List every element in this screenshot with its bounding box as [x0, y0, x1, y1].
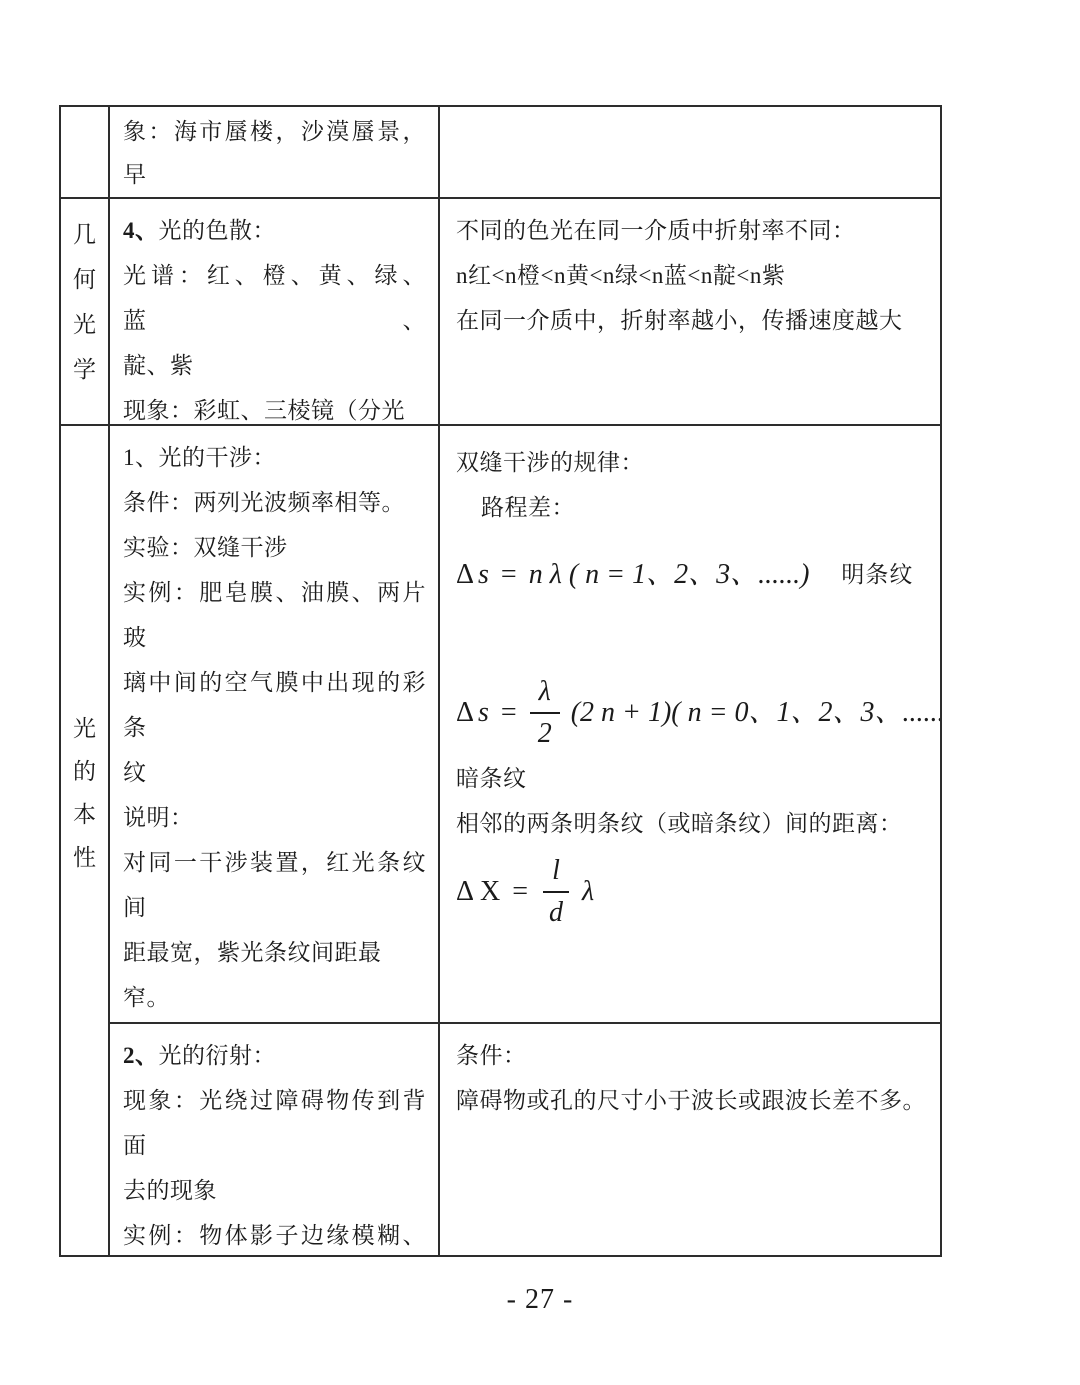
dispersion-cell: 4、光的色散： 光谱：红、橙、黄、绿、蓝、 靛、紫 现象：彩虹、三棱镜（分光镜） — [110, 199, 440, 426]
variable-s: s — [478, 696, 489, 730]
fraction-lambda-over-2: λ2 — [529, 675, 561, 750]
vertical-char: 的 — [73, 750, 96, 793]
item-heading: 2、光的衍射： — [123, 1033, 426, 1078]
vertical-char: 何 — [73, 257, 96, 302]
text-line: 纹 — [123, 750, 426, 795]
empty-right-cell — [440, 107, 940, 199]
vertical-char: 光 — [73, 302, 96, 347]
fraction-numerator: l — [543, 854, 569, 893]
text-line: 象：海市蜃楼，沙漠蜃景，早 — [123, 110, 426, 196]
text-line: 不同的色光在同一介质中折射率不同： — [456, 208, 926, 253]
formula-rhs: (2 n + 1)( n = 0、1、2、3、......) — [571, 696, 940, 730]
lambda-symbol: λ — [582, 875, 594, 909]
text-line: 光谱：红、橙、黄、绿、蓝、 — [123, 253, 426, 343]
fraction-l-over-d: ld — [540, 854, 572, 929]
empty-side-cell — [61, 107, 110, 199]
item-heading: 1、光的干涉： — [123, 435, 426, 480]
text-line: 障碍物或孔的尺寸小于波长或跟波长差不多。 — [456, 1078, 926, 1123]
rules-heading: 双缝干涉的规律： — [456, 440, 930, 485]
fraction-numerator: λ — [530, 675, 560, 714]
refraction-index-cell: 不同的色光在同一介质中折射率不同： n红<n橙<n黄<n绿<n蓝<n靛<n紫 在… — [440, 199, 940, 426]
item-title: 光的干涉： — [159, 445, 277, 470]
bright-fringe-label: 明条纹 — [841, 552, 913, 597]
formula-rhs: n λ ( n = 1、2、3、......) — [529, 558, 810, 592]
bright-fringe-formula-row: Δs=n λ ( n = 1、2、3、......) 明条纹 — [456, 552, 930, 597]
diffraction-condition-cell: 条件： 障碍物或孔的尺寸小于波长或跟波长差不多。 — [440, 1024, 940, 1255]
section-label-nature-of-light: 光 的 本 性 — [61, 426, 110, 1255]
dark-fringe-formula: Δs=λ2(2 n + 1)( n = 0、1、2、3、......) — [456, 675, 930, 750]
item-number: 1、 — [123, 445, 159, 470]
fringe-spacing-formula: ΔX=ldλ — [456, 854, 930, 929]
item-title: 光的色散： — [159, 218, 277, 243]
text-line: 璃中间的空气膜中出现的彩条 — [123, 660, 426, 750]
text-line: 说明： — [123, 795, 426, 840]
text-line: 现象：彩虹、三棱镜（分光镜） — [123, 388, 426, 426]
double-slit-rules-cell: 双缝干涉的规律： 路程差： Δs=n λ ( n = 1、2、3、......)… — [440, 426, 940, 1024]
equals-sign: = — [512, 875, 528, 909]
text-line: 实验：双缝干涉 — [123, 525, 426, 570]
optics-summary-table: 象：海市蜃楼，沙漠蜃景，早 晨的露珠很明亮 几 何 光 学 4、光的色散： 光谱… — [59, 105, 942, 1257]
text-line: 条件： — [456, 1033, 926, 1078]
text-line: n红<n橙<n黄<n绿<n蓝<n靛<n紫 — [456, 253, 926, 298]
text-line: 对同一干涉装置，红光条纹间 — [123, 840, 426, 930]
page-number: - 27 - — [0, 1284, 1080, 1316]
vertical-char: 本 — [73, 793, 96, 836]
fraction-denominator: 2 — [529, 714, 561, 751]
delta-symbol: Δ — [456, 875, 474, 909]
item-number: 4、 — [123, 218, 159, 243]
text-line: 去的现象 — [123, 1168, 426, 1213]
text-line: 实例：肥皂膜、油膜、两片玻 — [123, 570, 426, 660]
text-line: 距最宽，紫光条纹间距最窄。 — [123, 930, 426, 1020]
diffraction-cell: 2、光的衍射： 现象：光绕过障碍物传到背面 去的现象 实例：物体影子边缘模糊、泊… — [110, 1024, 440, 1255]
equals-sign: = — [501, 696, 517, 730]
delta-symbol: Δ — [456, 696, 474, 730]
fringe-spacing-note: 相邻的两条明条纹（或暗条纹）间的距离： — [456, 801, 930, 846]
text-line: 在同一介质中，折射率越小，传播速度越大 — [456, 298, 926, 343]
vertical-char: 性 — [73, 836, 96, 879]
variable-s: s — [478, 558, 489, 592]
bright-fringe-formula: Δs=n λ ( n = 1、2、3、......) — [456, 558, 809, 592]
mirage-examples-cell: 象：海市蜃楼，沙漠蜃景，早 晨的露珠很明亮 — [110, 107, 440, 199]
item-title: 光的衍射： — [159, 1043, 277, 1068]
section-label-geometric-optics: 几 何 光 学 — [61, 199, 110, 426]
fraction-denominator: d — [540, 893, 572, 930]
variable-x: X — [480, 875, 500, 909]
vertical-char: 学 — [73, 347, 96, 392]
dark-fringe-label: 暗条纹 — [456, 756, 930, 801]
vertical-char: 几 — [73, 212, 96, 257]
path-difference-label: 路程差： — [456, 485, 930, 530]
delta-symbol: Δ — [456, 558, 474, 592]
document-page: 象：海市蜃楼，沙漠蜃景，早 晨的露珠很明亮 几 何 光 学 4、光的色散： 光谱… — [0, 0, 1080, 1385]
item-heading: 4、光的色散： — [123, 208, 426, 253]
vertical-char: 光 — [73, 707, 96, 750]
equals-sign: = — [501, 558, 517, 592]
text-line: 条件：两列光波频率相等。 — [123, 480, 426, 525]
text-line: 实例：物体影子边缘模糊、泊 — [123, 1213, 426, 1255]
text-line: 靛、紫 — [123, 343, 426, 388]
interference-cell: 1、光的干涉： 条件：两列光波频率相等。 实验：双缝干涉 实例：肥皂膜、油膜、两… — [110, 426, 440, 1024]
item-number: 2、 — [123, 1043, 159, 1068]
text-line: 现象：光绕过障碍物传到背面 — [123, 1078, 426, 1168]
